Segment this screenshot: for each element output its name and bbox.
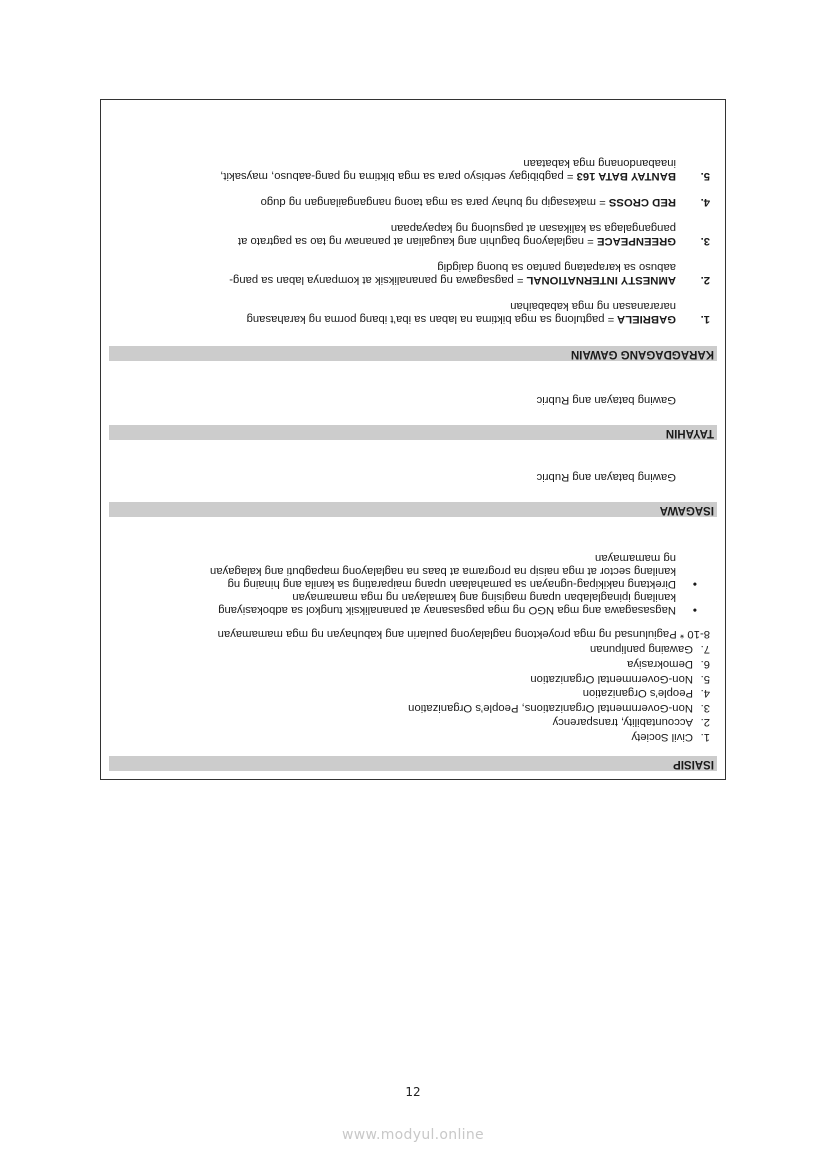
list-item: aabuso sa karapatang pantao sa buong dai… [437, 260, 676, 273]
list-item: Gawaing panlipunan [590, 642, 693, 655]
organization-name: BANTAY BATA 163 [573, 170, 676, 182]
list-item-number: 1. [701, 312, 710, 325]
section-header-tayahin: TAYAHIN [109, 425, 717, 440]
list-item-number: 7. [701, 642, 710, 655]
bullet-2-line-3: ng mamamayan [595, 551, 676, 564]
organization-name: AMNESTY INTERNATIONAL [523, 274, 676, 286]
list-item-number: 2. [701, 715, 710, 728]
organization-name: RED CROSS [606, 196, 676, 208]
organization-name: GABRIELA [614, 313, 676, 325]
bullet-icon: • [693, 603, 697, 616]
bullet-1-line-1: Nagsasagawa ang mga NGO ng mga pagsasana… [218, 603, 676, 616]
list-item-number: 4. [701, 195, 710, 208]
list-item-number: 3. [701, 701, 710, 714]
list-item-number: 5. [701, 169, 710, 182]
isaisip-item-8-10: 8-10 * Pagiulunsad ng mga proyektong nag… [218, 627, 710, 640]
page-number: 12 [0, 1085, 826, 1099]
list-item: pangangalaga sa kalikasan at pagsulong n… [391, 221, 676, 234]
list-item: Non-Governmental Organizations, People’s… [408, 701, 693, 714]
watermark: www.modyul.online [0, 1127, 826, 1143]
list-item-number: 6. [701, 657, 710, 670]
list-item: Accountability, transparency [553, 715, 693, 728]
section-header-isaisip: ISAISIP [109, 756, 717, 771]
list-item: Non-Governmental Organization [530, 672, 693, 685]
list-item-number: 5. [701, 672, 710, 685]
list-item-number: 2. [701, 273, 710, 286]
tayahin-text: Gawing batayan ang Rubric [537, 393, 676, 406]
list-item: Demokrasiya [627, 657, 693, 670]
bullet-2-line-1: Direktang nakikipag-ugnayan sa pamahalaa… [228, 577, 676, 590]
list-item: People’s Organization [583, 686, 693, 699]
answer-key-box: ISAISIP 1.Civil Society2.Accountability,… [100, 99, 726, 780]
bullet-2-line-2: kanilang sector at mga naisip na program… [210, 564, 676, 577]
list-item: inaabandonang mga kabataan [523, 156, 676, 169]
section-header-isagawa: ISAGAWA [109, 502, 717, 517]
list-item-number: 1. [701, 730, 710, 743]
section-header-karagdagang-gawain: KARAGDAGANG GAWAIN [109, 346, 717, 361]
bullet-1-line-2: kanilang ipinaglalaban upang magising an… [292, 590, 676, 603]
list-item: GABRIELA = pagtulong sa mga biktima na l… [247, 312, 676, 325]
organization-name: GREENPEACE [594, 235, 676, 247]
bullet-icon: • [693, 577, 697, 590]
list-item: GREENPEACE = naglalayong baguhin ang kau… [238, 234, 676, 247]
list-item: RED CROSS = makasagip ng buhay para sa m… [261, 195, 676, 208]
list-item-number: 4. [701, 686, 710, 699]
list-item-number: 3. [701, 234, 710, 247]
list-item: Civil Society [631, 730, 693, 743]
isagawa-text: Gawing batayan ang Rubric [537, 470, 676, 483]
list-item: BANTAY BATA 163 = pagbibigay serbisyo pa… [220, 169, 676, 182]
list-item: AMNESTY INTERNATIONAL = pagsagawa ng pan… [229, 273, 676, 286]
list-item: nararanasan ng mga kababaihan [510, 299, 676, 312]
